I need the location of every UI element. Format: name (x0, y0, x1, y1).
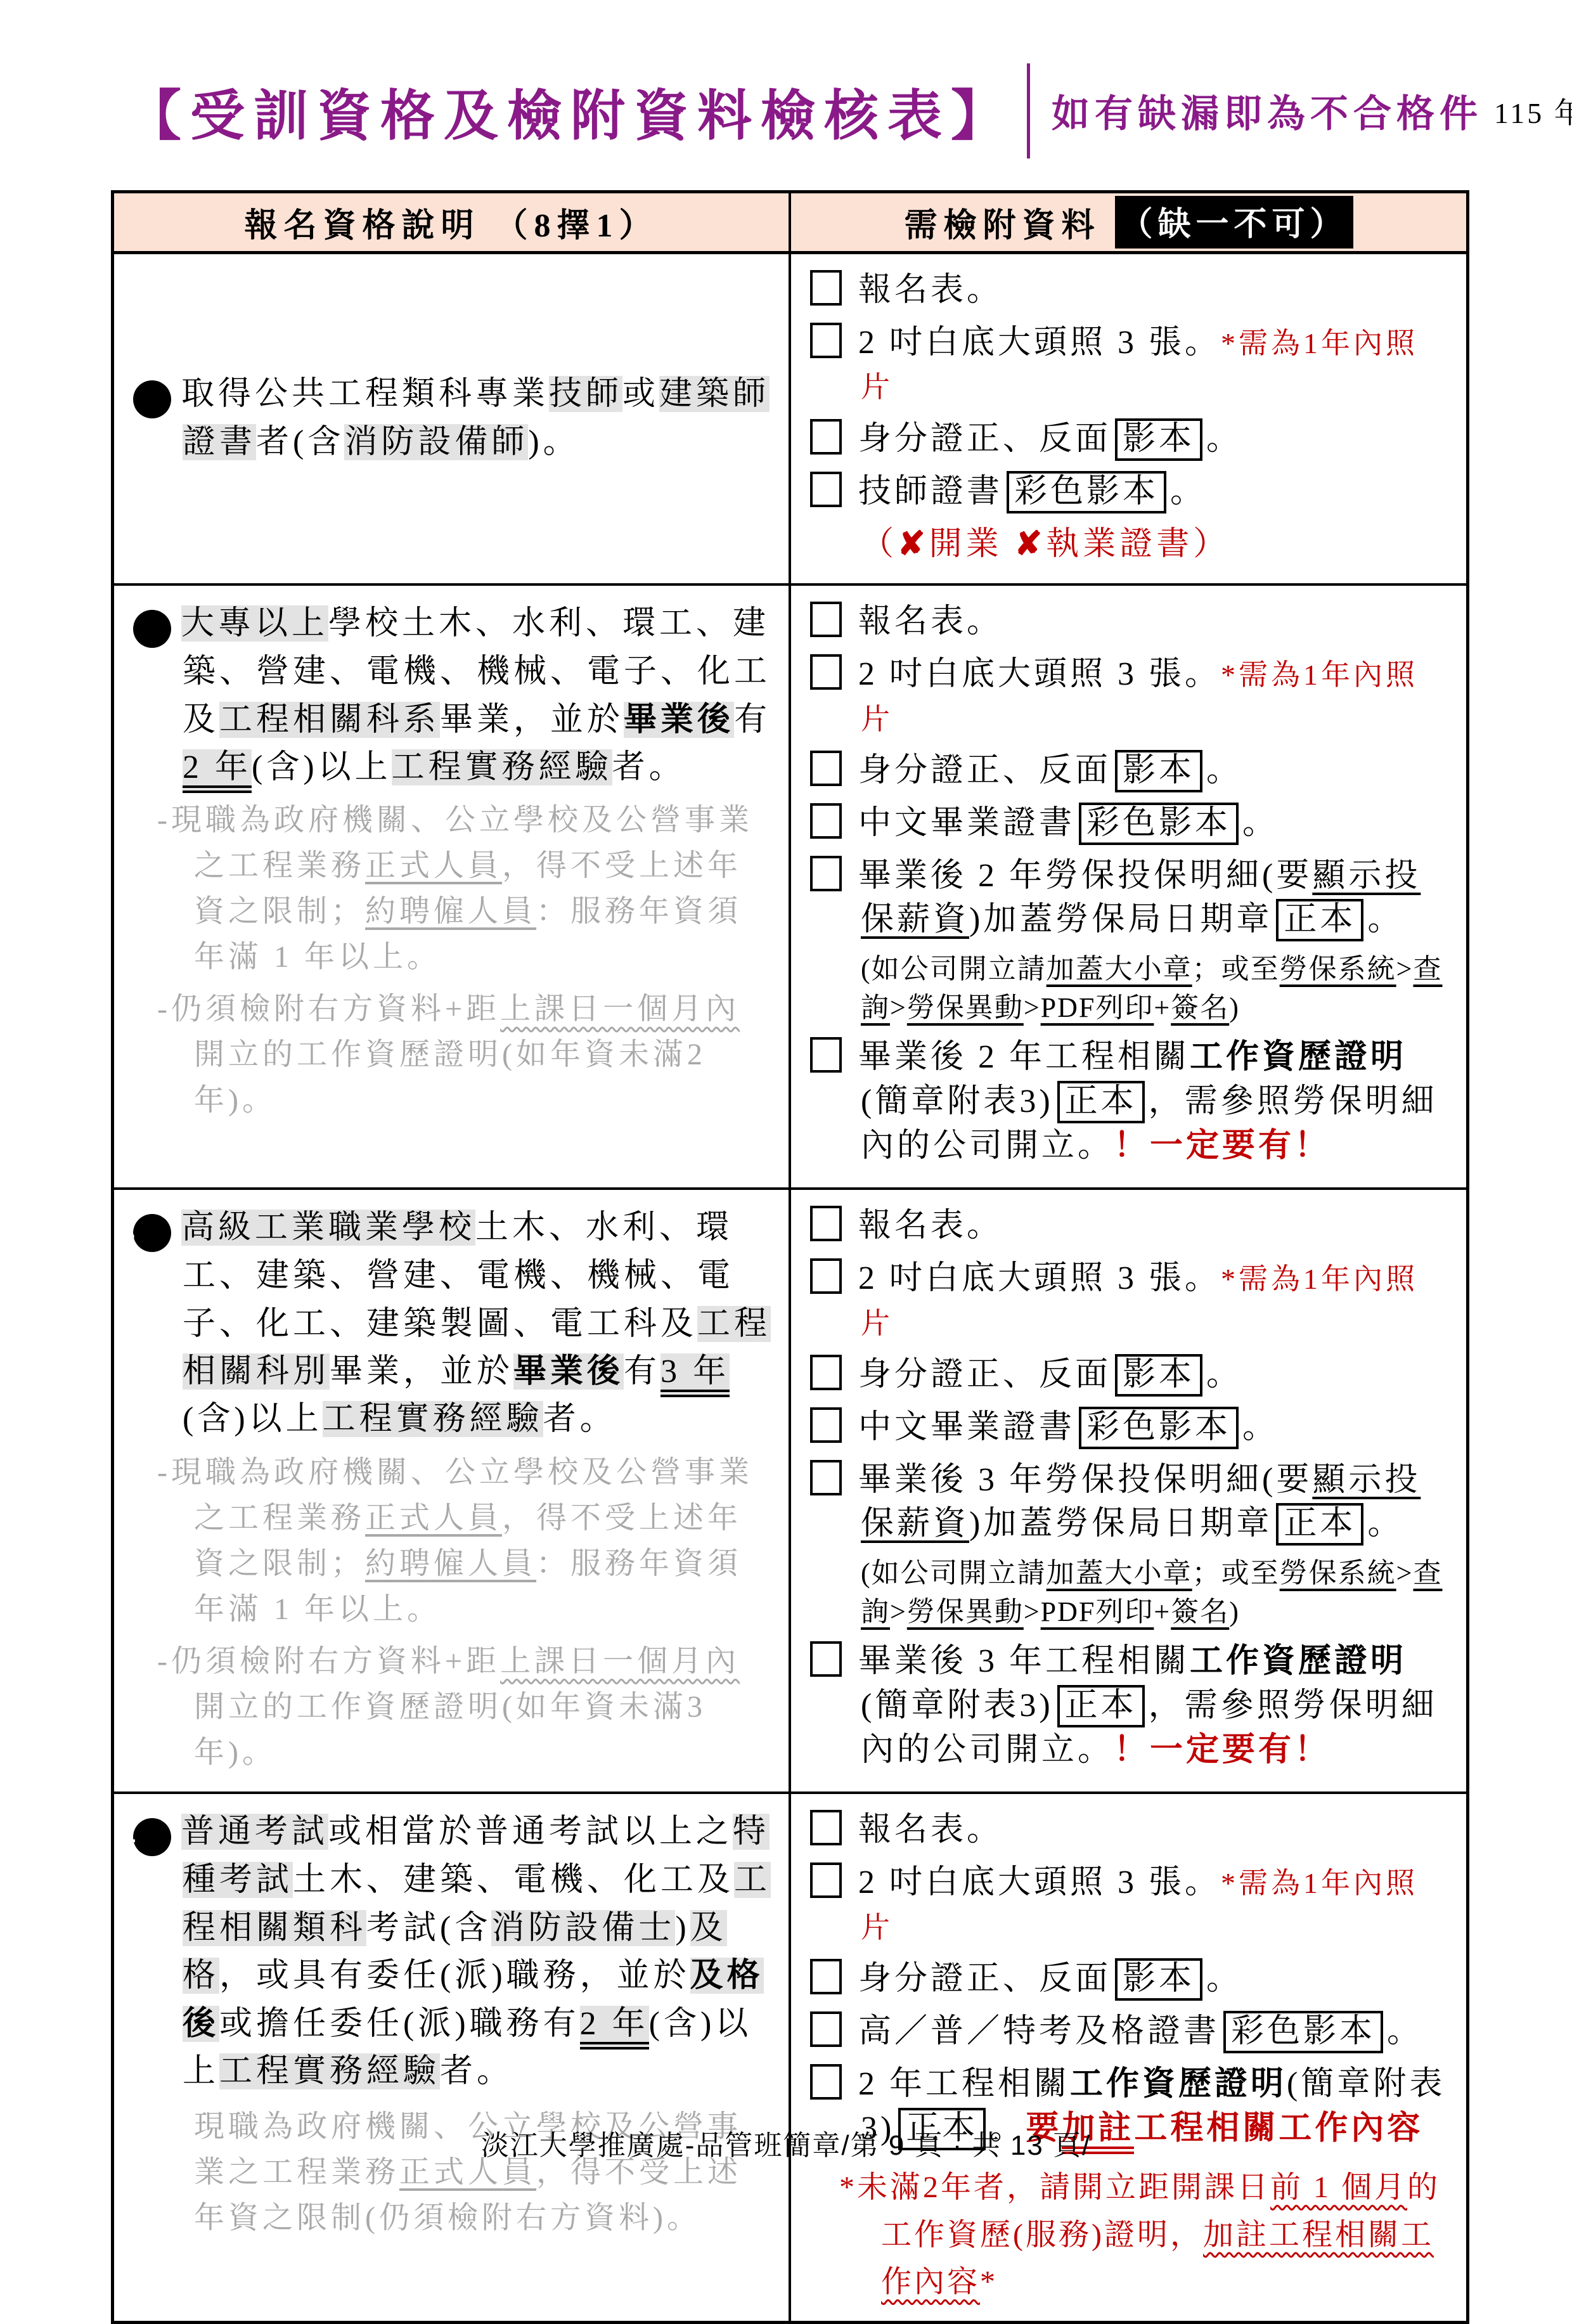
page-title: 【受訓資格及檢附資料檢核表】 (127, 72, 1014, 150)
text-segment: 高／普／特考及格證書 (858, 2013, 1220, 2050)
text-segment: 2 吋白底大頭照 3 張。 (858, 1260, 1221, 1296)
text-segment: ) (1229, 1596, 1240, 1627)
page-subtitle: 如有缺漏即為不合格件 (1052, 84, 1483, 138)
documents-required-badge: （缺一不可） (1115, 196, 1353, 249)
text-segment: > (1024, 1596, 1041, 1627)
text-segment: 影本 (1115, 750, 1202, 792)
text-segment: 畢業後 2 年工程相關 (858, 1039, 1190, 1075)
text-segment: 或擔任委任(派)職務有 (219, 2006, 580, 2042)
text-segment: 工程實務經驗 (219, 2053, 440, 2089)
text-segment: 簽名 (1171, 992, 1229, 1023)
text-segment: 開業 (929, 526, 1015, 562)
text-segment: 。 (1367, 1506, 1403, 1542)
checkbox[interactable] (810, 1810, 842, 1845)
text-segment: 2 吋白底大頭照 3 張。 (858, 1864, 1221, 1901)
text-segment: )加蓋勞保局日期章 (969, 901, 1272, 938)
text-segment: 考試(含 (366, 1910, 491, 1946)
text-segment: 工作資歷證明 (1190, 1039, 1407, 1075)
note-text: (如公司開立請加蓋大小章；或至勞保系統>查詢>勞保異動>PDF列印+簽名) (810, 1554, 1450, 1631)
qualification-table: 報名資格說明 （8擇1） 需檢附資料 （缺一不可） 1取得公共工程類科專業技師或… (111, 190, 1469, 2324)
qualification-cell: 2大專以上學校土木、水利、環工、建築、營建、電機、機械、電子、化工及工程相關科系… (114, 586, 791, 1187)
text-segment: 約聘僱人員 (365, 1547, 536, 1580)
text-segment: 報名表。 (858, 1208, 1003, 1244)
text-segment: 勞保異動 (907, 1596, 1024, 1627)
qualification-text: 3高級工業職業學校土木、水利、環工、建築、營建、電機、機械、電子、化工、建築製圖… (133, 1204, 772, 1443)
text-segment: 3 年 (660, 1353, 730, 1397)
text-segment: 約聘僱人員 (365, 894, 536, 928)
text-segment: （ (861, 526, 898, 562)
text-segment: 普通考試 (181, 1814, 328, 1850)
checklist-item: 畢業後 3 年工程相關工作資歷證明(簡章附表3)正本，需參照勞保明細內的公司開立… (810, 1639, 1450, 1772)
checklist-item: 身分證正、反面影本。 (810, 1957, 1450, 2001)
text-segment: 2 年工程相關 (858, 2066, 1070, 2102)
text-segment: -仍須檢附右方資料+距 (157, 1644, 500, 1678)
text-segment: (如公司開立請 (861, 1558, 1047, 1589)
text-segment: ！一定要有！ (1114, 1732, 1330, 1768)
text-segment: 或相當於普通考試以上之 (328, 1814, 733, 1850)
checklist-item: 報名表。 (810, 1204, 1450, 1248)
table-row: 3高級工業職業學校土木、水利、環工、建築、營建、電機、機械、電子、化工、建築製圖… (114, 1190, 1466, 1794)
checkbox[interactable] (810, 1355, 842, 1390)
text-segment: 畢業後 3 年勞保投保明細(要 (858, 1462, 1312, 1498)
note-text: -現職為政府機關、公立學校及公營事業之工程業務正式人員，得不受上述年資之限制；約… (133, 1450, 772, 1632)
text-segment: 畢業後 (513, 1353, 624, 1390)
text-segment: 彩色影本 (1079, 803, 1239, 845)
text-segment: 技師證書 (858, 474, 1003, 510)
text-segment: 者。 (440, 2053, 513, 2089)
text-segment: 上課日一個月內 (500, 1644, 740, 1678)
checklist-item: 身分證正、反面影本。 (810, 417, 1450, 462)
note-text: (如公司開立請加蓋大小章；或至勞保系統>查詢>勞保異動>PDF列印+簽名) (810, 950, 1450, 1027)
text-segment: )。 (528, 424, 579, 460)
text-segment: (含)以上 (252, 749, 392, 785)
table-body: 1取得公共工程類科專業技師或建築師證書者(含消防設備師)。報名表。2 吋白底大頭… (114, 254, 1466, 2321)
table-row: 4普通考試或相當於普通考試以上之特種考試土木、建築、電機、化工及工程相關類科考試… (114, 1794, 1466, 2321)
checkbox[interactable] (810, 1641, 842, 1677)
item-number-badge: 1 (133, 380, 171, 418)
text-segment: 畢業後 2 年勞保投保明細(要 (858, 858, 1312, 894)
checkbox[interactable] (810, 270, 842, 306)
text-segment: 。 (1367, 901, 1403, 938)
text-segment: PDF列印 (1041, 992, 1154, 1023)
checklist-item: 報名表。 (810, 268, 1450, 313)
text-segment: 取得公共工程類科專業 (181, 376, 549, 412)
text-segment: 影本 (1115, 418, 1202, 461)
documents-cell: 報名表。2 吋白底大頭照 3 張。*需為1年內照片身分證正、反面影本。高／普／特… (791, 1794, 1466, 2321)
text-segment: (簡章附表3) (861, 1688, 1053, 1724)
checkbox[interactable] (810, 751, 842, 786)
text-segment: *未滿2年者，請開立距開課日 (839, 2171, 1270, 2204)
text-segment: ✘ (1015, 526, 1047, 562)
checkbox[interactable] (810, 2064, 842, 2100)
documents-cell: 報名表。2 吋白底大頭照 3 張。*需為1年內照片身分證正、反面影本。中文畢業證… (791, 586, 1466, 1187)
text-segment: 。 (1206, 1961, 1242, 1997)
text-segment: 有 (624, 1353, 660, 1390)
checkbox[interactable] (810, 1407, 842, 1443)
text-segment: ；或至 (1192, 1558, 1280, 1589)
text-segment: ) (1229, 992, 1240, 1023)
text-segment: (如公司開立請 (861, 953, 1047, 984)
checkbox[interactable] (810, 602, 842, 637)
edition-label: 115 年版 (1494, 90, 1572, 132)
text-segment: 。 (1206, 752, 1242, 789)
text-segment: 。 (1206, 1357, 1242, 1393)
text-segment: 2 吋白底大頭照 3 張。 (858, 325, 1221, 361)
text-segment: > (890, 1596, 907, 1627)
qualification-cell: 1取得公共工程類科專業技師或建築師證書者(含消防設備師)。 (114, 254, 791, 583)
text-segment: 執業證書） (1046, 526, 1230, 562)
text-segment: 勞保異動 (907, 992, 1024, 1023)
text-segment: 者。 (543, 1401, 617, 1437)
text-segment: + (1154, 992, 1171, 1023)
qualification-text: 2大專以上學校土木、水利、環工、建築、營建、電機、機械、電子、化工及工程相關科系… (133, 600, 772, 791)
text-segment: 正本 (1057, 1685, 1145, 1727)
checklist-item: 報名表。 (810, 600, 1450, 644)
text-segment: 簽名 (1171, 1596, 1229, 1627)
checkbox[interactable] (810, 2011, 842, 2047)
note-text: -仍須檢附右方資料+距上課日一個月內開立的工作資歷證明(如年資未滿3年)。 (133, 1639, 772, 1776)
text-segment: 影本 (1115, 1354, 1202, 1397)
checkbox[interactable] (810, 1460, 842, 1495)
text-segment: 勞保系統 (1280, 1558, 1396, 1589)
item-number-badge: 3 (133, 1214, 171, 1252)
checkbox[interactable] (810, 654, 842, 690)
text-segment: 畢業，並於 (330, 1353, 513, 1390)
text-segment: 。 (1242, 1409, 1279, 1445)
checklist-item: 中文畢業證書彩色影本。 (810, 1405, 1450, 1450)
text-segment: 影本 (1115, 1958, 1202, 2001)
text-segment: 正式人員 (365, 1501, 502, 1535)
note-text: -現職為政府機關、公立學校及公營事業之工程業務正式人員，得不受上述年資之限制；約… (133, 797, 772, 980)
checkbox[interactable] (810, 1037, 842, 1073)
documents-cell: 報名表。2 吋白底大頭照 3 張。*需為1年內照片身分證正、反面影本。技師證書彩… (791, 254, 1466, 583)
qualification-text: 1取得公共工程類科專業技師或建築師證書者(含消防設備師)。 (133, 370, 772, 466)
checklist-item: 身分證正、反面影本。 (810, 749, 1450, 793)
text-segment: 上課日一個月內 (500, 992, 740, 1026)
text-segment: ) (675, 1910, 690, 1946)
text-segment: + (1154, 1596, 1171, 1627)
text-segment: 或 (622, 376, 659, 412)
text-segment: 大專以上 (181, 605, 328, 642)
title-divider-line (1027, 63, 1030, 158)
text-segment: ；或至 (1192, 953, 1280, 984)
text-segment: > (1024, 992, 1041, 1023)
text-segment: 中文畢業證書 (858, 805, 1075, 841)
text-segment: 工程實務經驗 (323, 1401, 543, 1437)
table-header-row: 報名資格說明 （8擇1） 需檢附資料 （缺一不可） (114, 193, 1466, 254)
checklist-item: 技師證書彩色影本。 (810, 470, 1450, 514)
text-segment: 工程相關科系 (219, 702, 440, 738)
item-number-badge: 2 (133, 610, 171, 648)
text-segment: > (1396, 953, 1414, 984)
text-segment: 有 (734, 702, 771, 738)
checkbox[interactable] (810, 472, 842, 507)
checkbox[interactable] (810, 1206, 842, 1241)
text-segment: -仍須檢附右方資料+距 (157, 992, 500, 1026)
text-segment: PDF列印 (1041, 1596, 1154, 1627)
alert-note: （✘開業 ✘執業證書） (810, 522, 1450, 568)
text-segment: 身分證正、反面 (858, 752, 1111, 789)
text-segment: 加蓋大小章 (1047, 1558, 1192, 1589)
checkbox[interactable] (810, 1258, 842, 1294)
text-segment: 。 (1387, 2013, 1423, 2050)
text-segment: 加蓋大小章 (1047, 953, 1192, 984)
text-segment: 正式人員 (365, 849, 502, 882)
checkbox[interactable] (810, 323, 842, 358)
checklist-item: 2 吋白底大頭照 3 張。*需為1年內照片 (810, 1861, 1450, 1949)
item-number-badge: 4 (133, 1818, 171, 1856)
text-segment: 2 吋白底大頭照 3 張。 (858, 656, 1221, 692)
text-segment: ，或具有委任(派)職務，並於 (219, 1958, 690, 1994)
text-segment: 。 (1170, 474, 1206, 510)
text-segment: 前 1 個月 (1270, 2171, 1407, 2204)
text-segment: 工作資歷證明 (1070, 2066, 1287, 2102)
text-segment: 工程實務經驗 (392, 749, 612, 785)
text-segment: 開立的工作資歷證明(如年資未滿2年)。 (194, 1038, 706, 1117)
text-segment: 勞保系統 (1280, 953, 1396, 984)
checklist-item: 2 吋白底大頭照 3 張。*需為1年內照片 (810, 652, 1450, 740)
checkbox[interactable] (810, 1959, 842, 1994)
text-segment: 正本 (1057, 1081, 1145, 1123)
header-col-documents-label: 需檢附資料 (904, 198, 1100, 246)
text-segment: * (980, 2265, 998, 2299)
text-segment: 彩色影本 (1007, 471, 1166, 513)
text-segment: 彩色影本 (1223, 2011, 1383, 2053)
checklist-item: 2 吋白底大頭照 3 張。*需為1年內照片 (810, 321, 1450, 409)
table-row: 2大專以上學校土木、水利、環工、建築、營建、電機、機械、電子、化工及工程相關科系… (114, 586, 1466, 1190)
checklist-item: 報名表。 (810, 1808, 1450, 1852)
text-segment: 。 (1206, 421, 1242, 457)
alert-note: *未滿2年者，請開立距開課日前 1 個月的工作資歷(服務)證明，加註工程相關工作… (810, 2164, 1450, 2306)
checklist-item: 畢業後 3 年勞保投保明細(要顯示投保薪資)加蓋勞保局日期章正本。 (810, 1458, 1450, 1546)
header-col-documents: 需檢附資料 （缺一不可） (791, 196, 1466, 249)
text-segment: 開立的工作資歷證明(如年資未滿3年)。 (194, 1690, 706, 1769)
documents-cell: 報名表。2 吋白底大頭照 3 張。*需為1年內照片身分證正、反面影本。中文畢業證… (791, 1190, 1466, 1791)
text-segment: ！一定要有！ (1114, 1128, 1330, 1164)
text-segment: 身分證正、反面 (858, 1961, 1111, 1997)
text-segment: 土木、建築、電機、化工及 (293, 1862, 734, 1898)
page-footer: 淡江大學推廣處-品管班簡章/第 9 頁 · 共 13 頁/ (0, 2122, 1572, 2163)
checklist-item: 2 吋白底大頭照 3 張。*需為1年內照片 (810, 1256, 1450, 1345)
checklist-item: 身分證正、反面影本。 (810, 1353, 1450, 1397)
text-segment: 消防設備師 (344, 424, 528, 460)
checklist-item: 高／普／特考及格證書彩色影本。 (810, 2010, 1450, 2054)
text-segment: 彩色影本 (1079, 1407, 1239, 1449)
text-segment: 身分證正、反面 (858, 421, 1111, 457)
text-segment: (含)以上 (183, 1401, 323, 1437)
text-segment: 2 年 (580, 2006, 649, 2050)
checklist-item: 畢業後 2 年工程相關工作資歷證明(簡章附表3)正本，需參照勞保明細內的公司開立… (810, 1035, 1450, 1168)
text-segment: 消防設備士 (491, 1910, 675, 1946)
checkbox[interactable] (810, 1862, 842, 1898)
text-segment: 正本 (1276, 899, 1363, 941)
text-segment: 高級工業職業學校 (181, 1210, 475, 1246)
text-segment: )加蓋勞保局日期章 (969, 1506, 1272, 1542)
text-segment: 畢業後 (624, 702, 734, 738)
text-segment: > (890, 992, 907, 1023)
text-segment: 2 年 (183, 749, 252, 793)
text-segment: 身分證正、反面 (858, 1357, 1111, 1393)
note-text: -仍須檢附右方資料+距上課日一個月內開立的工作資歷證明(如年資未滿2年)。 (133, 986, 772, 1123)
text-segment: 報名表。 (858, 604, 1003, 640)
document-header: 【受訓資格及檢附資料檢核表】 如有缺漏即為不合格件 115 年版 (127, 63, 1509, 158)
checkbox[interactable] (810, 419, 842, 455)
text-segment: ✘ (898, 526, 929, 562)
text-segment: 者。 (612, 749, 686, 785)
text-segment: 畢業後 3 年工程相關 (858, 1643, 1190, 1679)
text-segment: 報名表。 (858, 272, 1003, 308)
text-segment: 技師 (549, 376, 622, 412)
checklist-item: 中文畢業證書彩色影本。 (810, 801, 1450, 846)
text-segment: 畢業，並於 (440, 702, 624, 738)
text-segment: > (1396, 1558, 1414, 1589)
text-segment: (簡章附表3) (861, 1083, 1053, 1120)
text-segment: 正本 (1276, 1503, 1363, 1546)
text-segment: 。 (1242, 805, 1279, 841)
qualification-text: 4普通考試或相當於普通考試以上之特種考試土木、建築、電機、化工及工程相關類科考試… (133, 1808, 772, 2095)
qualification-cell: 4普通考試或相當於普通考試以上之特種考試土木、建築、電機、化工及工程相關類科考試… (114, 1794, 791, 2321)
checkbox[interactable] (810, 856, 842, 891)
header-col-qualification: 報名資格說明 （8擇1） (114, 193, 791, 251)
qualification-cell: 3高級工業職業學校土木、水利、環工、建築、營建、電機、機械、電子、化工、建築製圖… (114, 1190, 791, 1791)
checkbox[interactable] (810, 803, 842, 839)
text-segment: 者(含 (256, 424, 344, 460)
checklist-item: 畢業後 2 年勞保投保明細(要顯示投保薪資)加蓋勞保局日期章正本。 (810, 854, 1450, 942)
table-row: 1取得公共工程類科專業技師或建築師證書者(含消防設備師)。報名表。2 吋白底大頭… (114, 254, 1466, 586)
text-segment: 工作資歷證明 (1190, 1643, 1407, 1679)
text-segment: 報名表。 (858, 1812, 1003, 1848)
text-segment: 中文畢業證書 (858, 1409, 1075, 1445)
